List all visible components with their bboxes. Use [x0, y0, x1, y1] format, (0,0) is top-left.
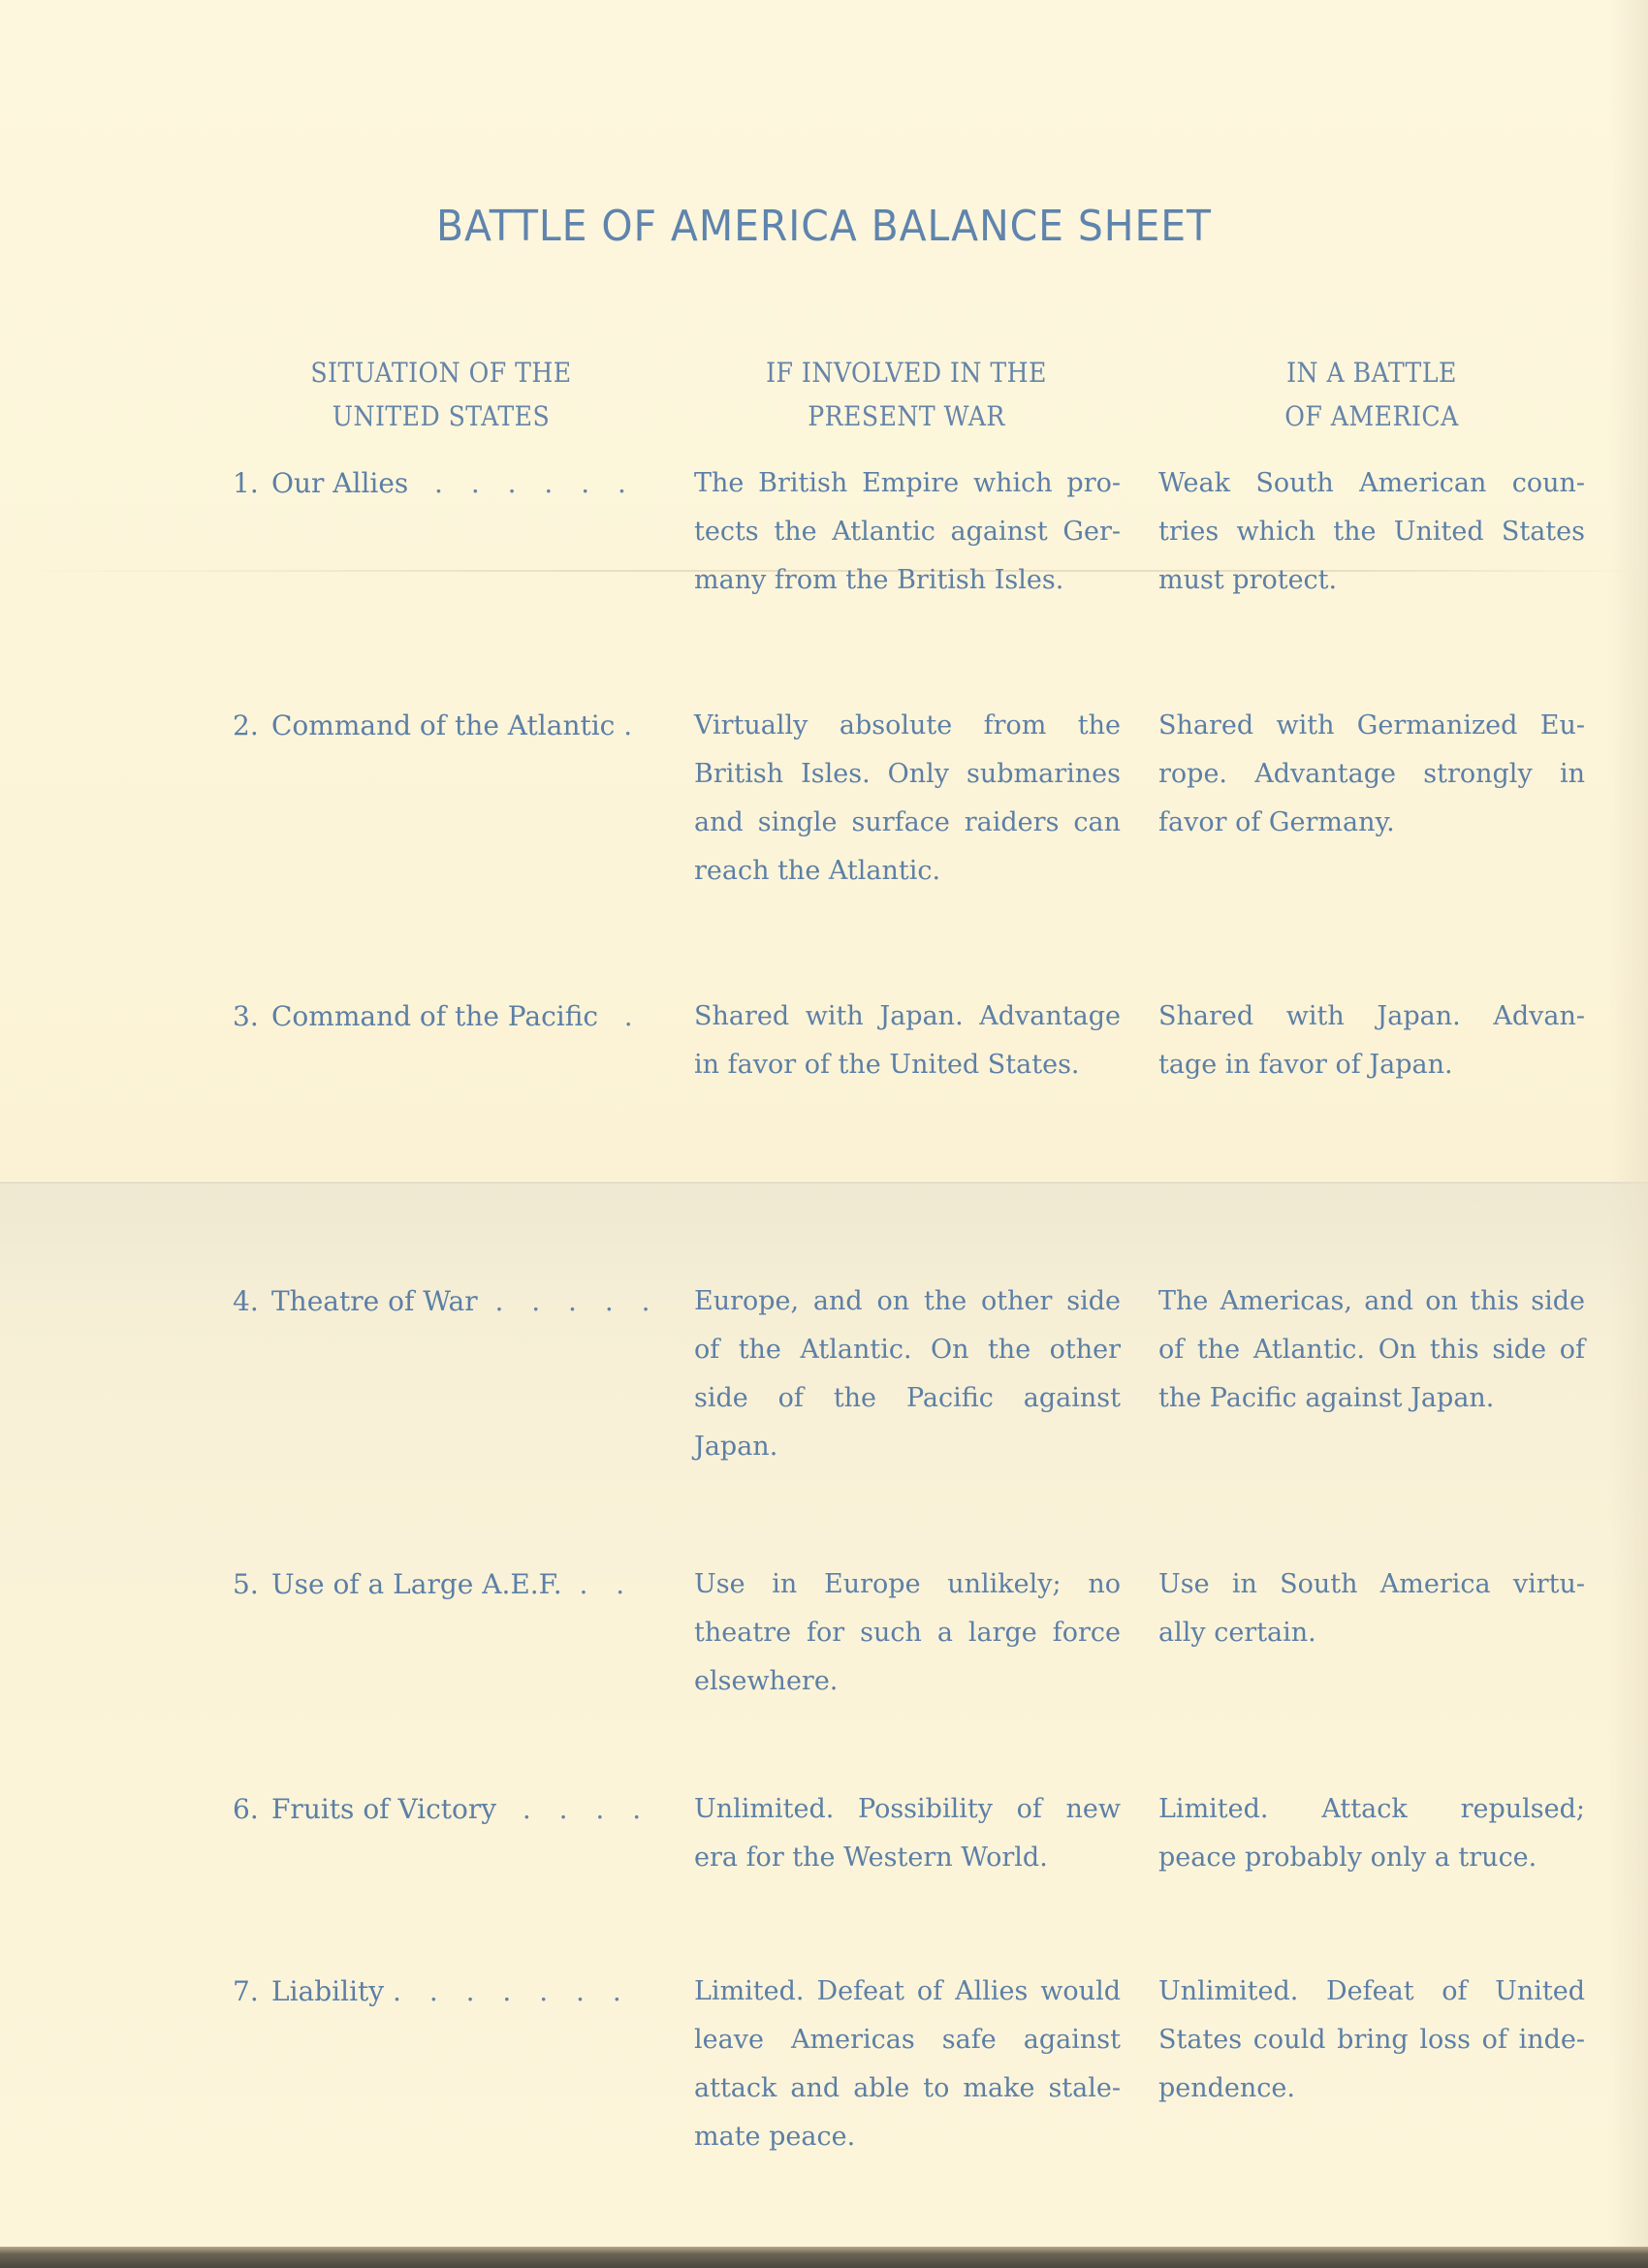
scanner-edge	[0, 2247, 1648, 2268]
cell-line: States could bring loss of inde-	[1158, 2016, 1585, 2064]
situation-label: 2.Command of the Atlantic .	[233, 702, 650, 750]
cell-line: tects the Atlantic against Ger-	[694, 508, 1121, 556]
cell-line: attack and able to make stale-	[694, 2064, 1121, 2113]
column-header-battle-of-america: IN A BATTLE OF AMERICA	[1167, 351, 1577, 438]
cell-line: of the Atlantic. On the other	[694, 1326, 1121, 1374]
present-war-cell: Use in Europe unlikely; no theatre for s…	[694, 1560, 1121, 1706]
row-number: 6.	[233, 1785, 271, 1834]
row-number: 3.	[233, 992, 271, 1041]
situation-text: Theatre of War	[271, 1285, 478, 1317]
cell-line: Limited. Defeat of Allies would	[694, 1968, 1121, 2016]
column-header-line: PRESENT WAR	[702, 394, 1112, 438]
situation-label: 4.Theatre of War . . . . .	[233, 1277, 650, 1326]
cell-line: Shared with Japan. Advan-	[1158, 992, 1585, 1041]
cell-line: ally certain.	[1158, 1609, 1585, 1657]
battle-of-america-cell: Shared with Germanized Eu- rope. Advanta…	[1158, 702, 1585, 847]
cell-line: The Americas, and on this side	[1158, 1277, 1585, 1326]
cell-line: in favor of the United States.	[694, 1041, 1121, 1089]
paper-edge-shadow	[1609, 0, 1648, 2249]
fold-line	[0, 1181, 1648, 1183]
column-header-line: IF INVOLVED IN THE	[702, 351, 1112, 394]
situation-label: 7.Liability . . . . . . . .	[233, 1968, 650, 2016]
dot-leader: . .	[579, 1568, 634, 1600]
cell-line: British Isles. Only submarines	[694, 750, 1121, 799]
situation-text: Fruits of Victory	[271, 1793, 496, 1825]
column-header-line: UNITED STATES	[249, 394, 633, 438]
situation-text: Command of the Atlantic	[271, 709, 615, 741]
situation-label: 3.Command of the Pacific .	[233, 992, 650, 1041]
dot-leader: . . . .	[523, 1793, 650, 1825]
cell-line: Limited. Attack repulsed;	[1158, 1785, 1585, 1834]
cell-line: favor of Germany.	[1158, 799, 1585, 847]
situation-label: 1.Our Allies . . . . . . .	[233, 459, 650, 508]
situation-text: Our Allies	[271, 467, 408, 499]
cell-line: Shared with Japan. Advantage	[694, 992, 1121, 1041]
cell-line: Use in Europe unlikely; no	[694, 1560, 1121, 1609]
battle-of-america-cell: Use in South America virtu- ally certain…	[1158, 1560, 1585, 1657]
present-war-cell: Limited. Defeat of Allies would leave Am…	[694, 1968, 1121, 2161]
cell-line: Shared with Germanized Eu-	[1158, 702, 1585, 750]
battle-of-america-cell: Weak South American coun- tries which th…	[1158, 459, 1585, 605]
battle-of-america-cell: Shared with Japan. Advan- tage in favor …	[1158, 992, 1585, 1089]
dot-leader: . . . . .	[494, 1285, 650, 1317]
column-header-line: OF AMERICA	[1167, 394, 1577, 438]
cell-line: reach the Atlantic.	[694, 847, 1121, 896]
cell-line: elsewhere.	[694, 1657, 1121, 1706]
battle-of-america-cell: The Americas, and on this side of the At…	[1158, 1277, 1585, 1423]
situation-text: Liability	[271, 1975, 384, 2007]
cell-line: Weak South American coun-	[1158, 459, 1585, 508]
present-war-cell: Virtually absolute from the British Isle…	[694, 702, 1121, 896]
cell-line: leave Americas safe against	[694, 2016, 1121, 2064]
cell-line: the Pacific against Japan.	[1158, 1374, 1585, 1423]
situation-text: Use of a Large A.E.F.	[271, 1568, 562, 1600]
cell-line: rope. Advantage strongly in	[1158, 750, 1585, 799]
cell-line: mate peace.	[694, 2113, 1121, 2161]
cell-line: Unlimited. Possibility of new	[694, 1785, 1121, 1834]
page-title: BATTLE OF AMERICA BALANCE SHEET	[58, 202, 1591, 251]
cell-line: and single surface raiders can	[694, 799, 1121, 847]
cell-line: tage in favor of Japan.	[1158, 1041, 1585, 1089]
dot-leader: .	[623, 709, 642, 741]
battle-of-america-cell: Limited. Attack repulsed; peace probably…	[1158, 1785, 1585, 1882]
present-war-cell: The British Empire which pro- tects the …	[694, 459, 1121, 605]
dot-leader: . . . . . . .	[434, 467, 650, 499]
present-war-cell: Unlimited. Possibility of new era for th…	[694, 1785, 1121, 1882]
cell-line: Use in South America virtu-	[1158, 1560, 1585, 1609]
row-number: 5.	[233, 1560, 271, 1609]
cell-line: tries which the United States	[1158, 508, 1585, 556]
present-war-cell: Europe, and on the other side of the Atl…	[694, 1277, 1121, 1471]
row-number: 1.	[233, 459, 271, 508]
cell-line: many from the British Isles.	[694, 556, 1121, 605]
row-number: 4.	[233, 1277, 271, 1326]
column-header-line: IN A BATTLE	[1167, 351, 1577, 394]
cell-line: theatre for such a large force	[694, 1609, 1121, 1657]
cell-line: Unlimited. Defeat of United	[1158, 1968, 1585, 2016]
cell-line: Virtually absolute from the	[694, 702, 1121, 750]
cell-line: pendence.	[1158, 2064, 1585, 2113]
cell-line: of the Atlantic. On this side of	[1158, 1326, 1585, 1374]
cell-line: must protect.	[1158, 556, 1585, 605]
present-war-cell: Shared with Japan. Advantage in favor of…	[694, 992, 1121, 1089]
cell-line: peace probably only a truce.	[1158, 1834, 1585, 1882]
cell-line: Japan.	[694, 1423, 1121, 1471]
column-header-line: SITUATION OF THE	[249, 351, 633, 394]
cell-line: side of the Pacific against	[694, 1374, 1121, 1423]
dot-leader: . . . . . . . .	[393, 1975, 650, 2007]
cell-line: The British Empire which pro-	[694, 459, 1121, 508]
battle-of-america-cell: Unlimited. Defeat of United States could…	[1158, 1968, 1585, 2113]
column-header-situation: SITUATION OF THE UNITED STATES	[249, 351, 633, 438]
dot-leader: .	[624, 1000, 643, 1032]
situation-label: 6.Fruits of Victory . . . .	[233, 1785, 650, 1834]
cell-line: Europe, and on the other side	[694, 1277, 1121, 1326]
cell-line: era for the Western World.	[694, 1834, 1121, 1882]
situation-label: 5.Use of a Large A.E.F. . .	[233, 1560, 650, 1609]
row-number: 2.	[233, 702, 271, 750]
situation-text: Command of the Pacific	[271, 1000, 598, 1032]
row-number: 7.	[233, 1968, 271, 2016]
column-header-present-war: IF INVOLVED IN THE PRESENT WAR	[702, 351, 1112, 438]
